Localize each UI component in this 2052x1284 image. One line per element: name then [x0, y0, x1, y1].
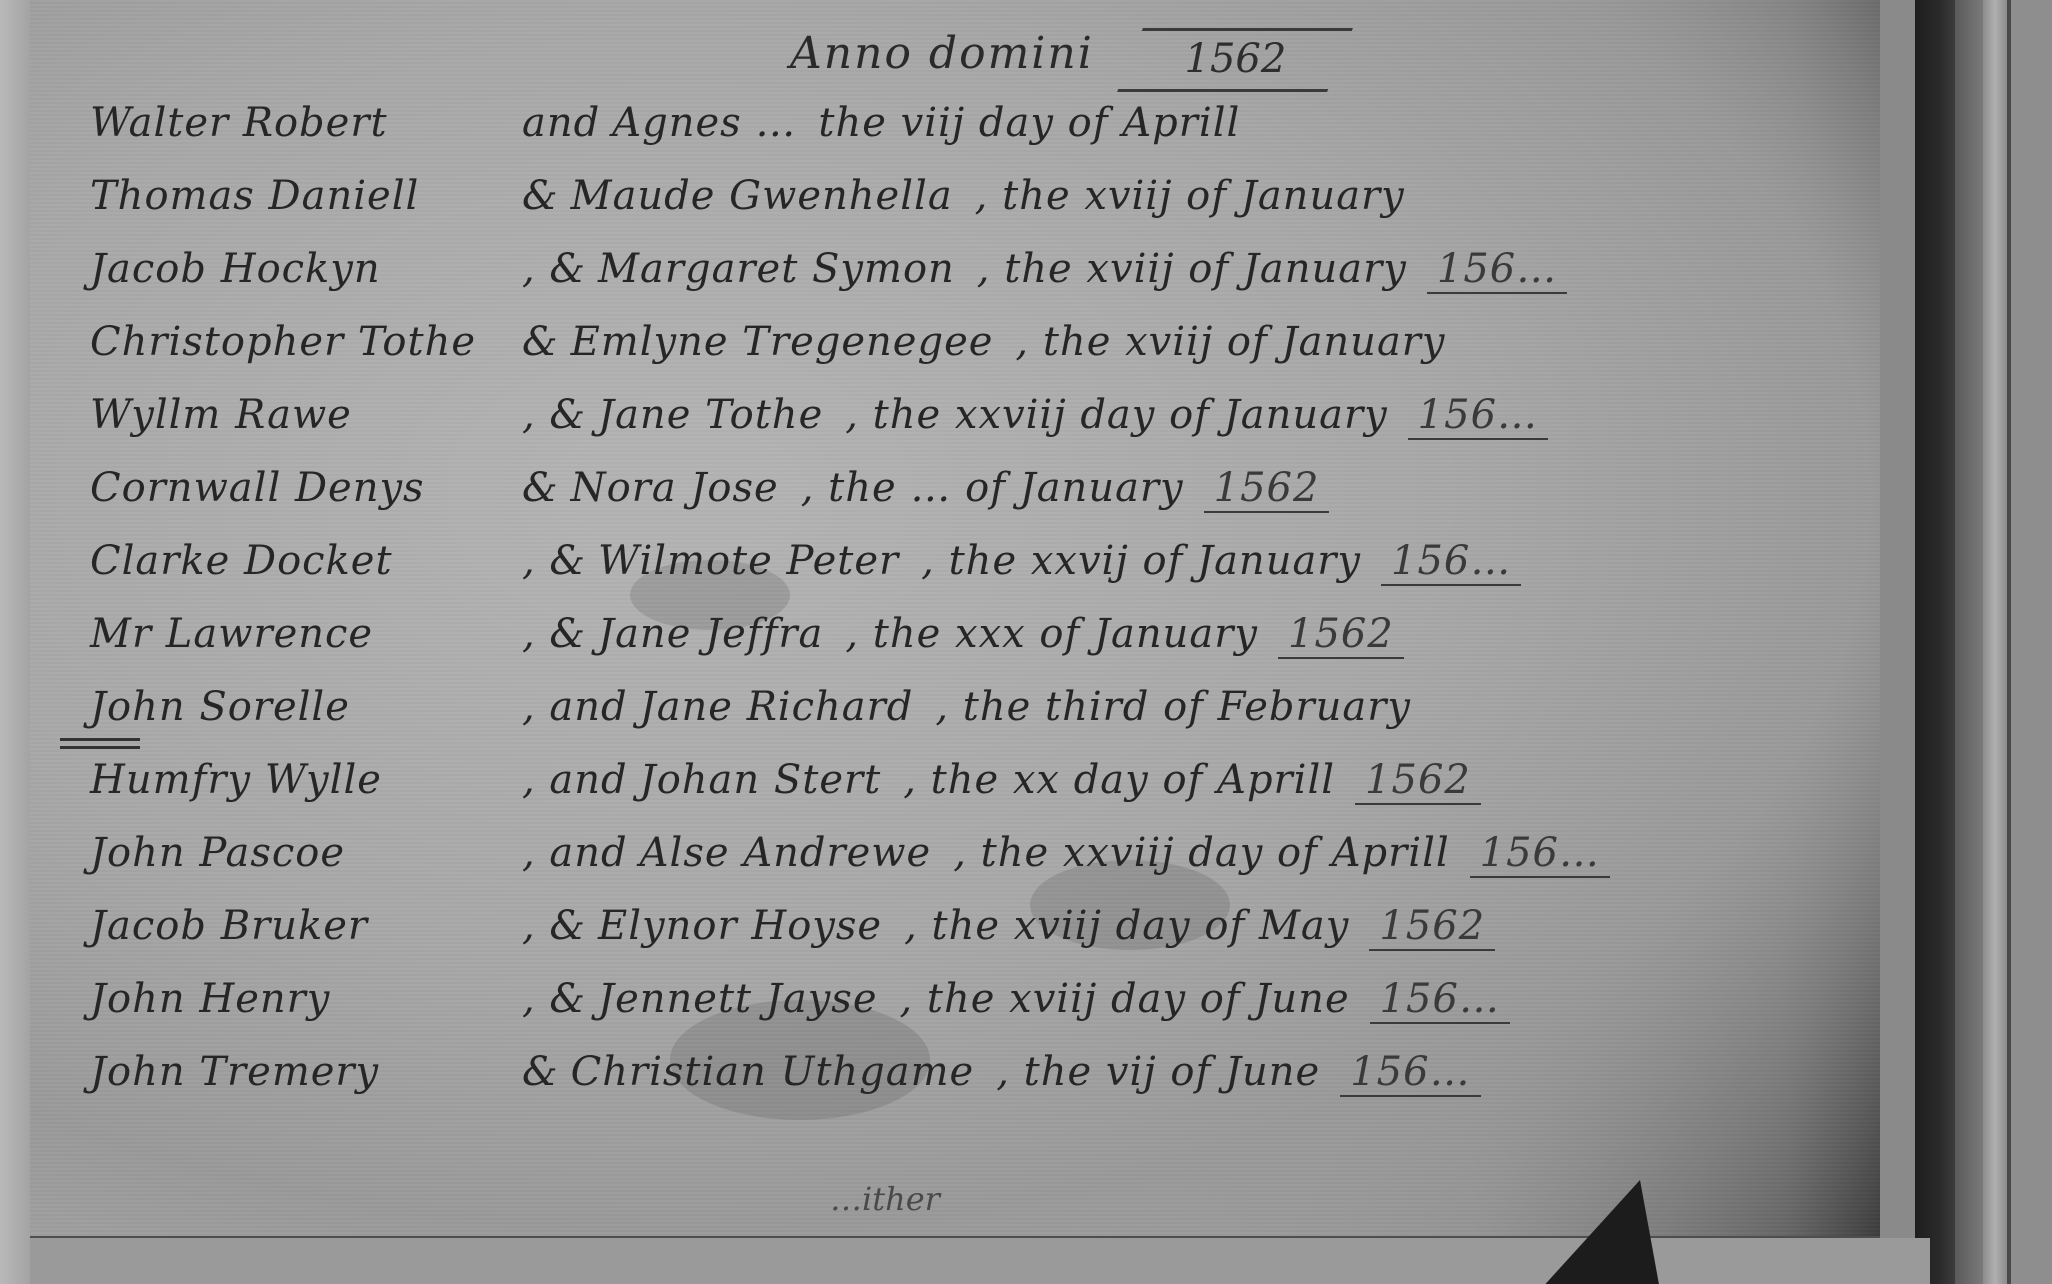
register-entry: John Henry, &Jennett Jayse, the xviij da… [90, 976, 1890, 1049]
groom-name: Cornwall Denys [90, 465, 510, 511]
groom-name: Jacob Hockyn [90, 246, 510, 292]
bride-name: Elynor Hoyse [598, 903, 882, 949]
entry-year: 156… [1370, 976, 1510, 1024]
register-entry: Christopher Tothe&Emlyne Tregenegee, the… [90, 319, 1890, 392]
entry-year: 1562 [1355, 757, 1481, 805]
conjunction: , & [510, 903, 598, 949]
register-entry: John Tremery&Christian Uthgame, the vij … [90, 1049, 1890, 1122]
bride-name: Agnes … [612, 100, 796, 146]
footnote-annotation: …ither [830, 1180, 940, 1218]
marriage-date: the viij day of Aprill [796, 100, 1240, 146]
facing-page-edge [2007, 0, 2052, 1284]
bride-name: Margaret Symon [598, 246, 955, 292]
entry-year: 1562 [1369, 903, 1495, 951]
bride-name: Jennett Jayse [598, 976, 877, 1022]
entry-year: 1562 [1278, 611, 1404, 659]
groom-name: John Tremery [90, 1049, 510, 1095]
groom-name: Wyllm Rawe [90, 392, 510, 438]
conjunction: , & [510, 538, 598, 584]
marriage-date: , the xxvij of January [899, 538, 1361, 584]
groom-name: Christopher Tothe [90, 319, 510, 365]
register-entry: Cornwall Denys&Nora Jose, the … of Janua… [90, 465, 1890, 538]
binding-gutter-shadow [1915, 0, 1955, 1284]
marriage-date: , the vij of June [974, 1049, 1320, 1095]
bride-name: Jane Jeffra [598, 611, 823, 657]
marriage-date: , the … of January [779, 465, 1184, 511]
bride-name: Jane Richard [640, 684, 914, 730]
groom-name: Thomas Daniell [90, 173, 510, 219]
binding-band [1955, 0, 1983, 1284]
entry-year: 156… [1381, 538, 1521, 586]
groom-name: John Henry [90, 976, 510, 1022]
groom-name: John Sorelle [90, 684, 510, 730]
conjunction: & [510, 319, 571, 365]
page-heading: Anno domini [790, 28, 1094, 79]
conjunction: , and [510, 830, 640, 876]
register-entry: Jacob Hockyn, &Margaret Symon, the xviij… [90, 246, 1890, 319]
marriage-date: , the xviij day of June [878, 976, 1350, 1022]
entry-year: 156… [1408, 392, 1548, 440]
conjunction: & [510, 465, 571, 511]
bride-name: Christian Uthgame [571, 1049, 975, 1095]
conjunction: & [510, 1049, 571, 1095]
conjunction: and [510, 100, 612, 146]
conjunction: , and [510, 684, 640, 730]
bride-name: Wilmote Peter [598, 538, 899, 584]
register-entry: Clarke Docket, &Wilmote Peter, the xxvij… [90, 538, 1890, 611]
bride-name: Jane Tothe [598, 392, 823, 438]
bride-name: Johan Stert [640, 757, 882, 803]
groom-name: Clarke Docket [90, 538, 510, 584]
entry-year: 156… [1427, 246, 1567, 294]
bride-name: Nora Jose [571, 465, 779, 511]
groom-name: Mr Lawrence [90, 611, 510, 657]
entry-year: 156… [1470, 830, 1610, 878]
bride-name: Emlyne Tregenegee [571, 319, 994, 365]
entry-year: 1562 [1204, 465, 1330, 513]
entry-year: 156… [1340, 1049, 1480, 1097]
marriage-date: , the third of February [913, 684, 1411, 730]
bride-name: Alse Andrewe [640, 830, 932, 876]
register-entry: Thomas Daniell&Maude Gwenhella, the xvii… [90, 173, 1890, 246]
marriage-date: , the xviij of January [955, 246, 1407, 292]
bride-name: Maude Gwenhella [571, 173, 953, 219]
conjunction: , & [510, 246, 598, 292]
year-cartouche: 1562 [1117, 28, 1353, 92]
register-entry: John Pascoe, andAlse Andrewe, the xxviij… [90, 830, 1890, 903]
register-entry: Wyllm Rawe, &Jane Tothe, the xxviij day … [90, 392, 1890, 465]
register-entry: Humfry Wylle, andJohan Stert, the xx day… [90, 757, 1890, 830]
marriage-date: , the xviij of January [993, 319, 1445, 365]
register-entry: John Sorelle, andJane Richard, the third… [90, 684, 1890, 757]
heading-year: 1562 [1130, 31, 1340, 87]
marriage-date: , the xxviij day of Aprill [931, 830, 1449, 876]
groom-name: Humfry Wylle [90, 757, 510, 803]
conjunction: , & [510, 976, 598, 1022]
conjunction: , & [510, 392, 598, 438]
binding-highlight [1983, 0, 2007, 1284]
marriage-date: , the xviij of January [953, 173, 1405, 219]
register-entry: Mr Lawrence, &Jane Jeffra, the xxx of Ja… [90, 611, 1890, 684]
marriage-date: , the xviij day of May [882, 903, 1349, 949]
conjunction: & [510, 173, 571, 219]
marriage-date: , the xxx of January [823, 611, 1258, 657]
conjunction: , and [510, 757, 640, 803]
register-entry: Walter RobertandAgnes …the viij day of A… [90, 100, 1890, 173]
groom-name: John Pascoe [90, 830, 510, 876]
marriage-entries-list: Walter RobertandAgnes …the viij day of A… [90, 100, 1890, 1122]
groom-name: Walter Robert [90, 100, 510, 146]
marriage-date: , the xxviij day of January [823, 392, 1387, 438]
groom-name: Jacob Bruker [90, 903, 510, 949]
left-margin-strip [0, 0, 32, 1284]
register-entry: Jacob Bruker, &Elynor Hoyse, the xviij d… [90, 903, 1890, 976]
marriage-date: , the xx day of Aprill [881, 757, 1335, 803]
conjunction: , & [510, 611, 598, 657]
